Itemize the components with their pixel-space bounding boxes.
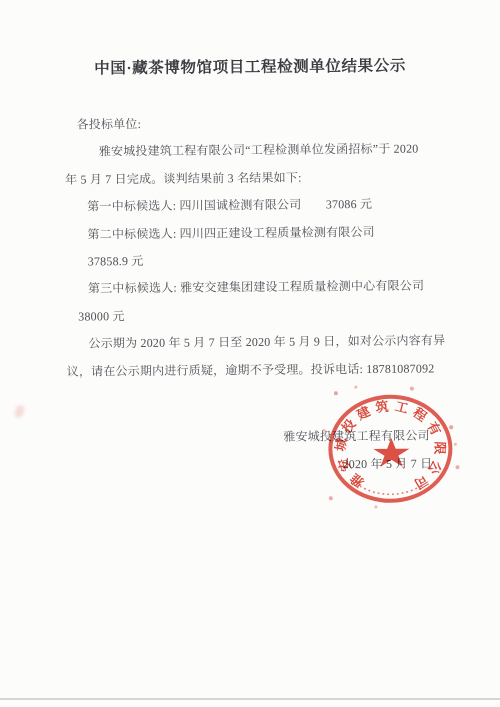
seal-star-icon [373,438,409,467]
candidate-3-amount: 38000 元 [66,300,446,331]
seal-ink-specks [0,2,2,4]
body-line-intro: 雅安城投建筑工程有限公司“工程检测单位发函招标”于 2020 [65,136,445,167]
notice-period-line: 公示期为 2020 年 5 月 7 日至 2020 年 5 月 9 日，如对公示… [66,327,446,358]
candidate-2-line: 第二中标候选人: 四川四正建设工程质量检测有限公司 [65,218,445,249]
document-page: 中国·藏茶博物馆项目工程检测单位结果公示 各投标单位: 雅安城投建筑工程有限公司… [0,0,500,707]
candidate-1-line: 第一中标候选人: 四川国诚检测有限公司 37086 元 [65,190,445,221]
scan-edge [0,698,500,700]
page-title: 中国·藏茶博物馆项目工程检测单位结果公示 [0,53,500,79]
body-text: 各投标单位: 雅安城投建筑工程有限公司“工程检测单位发函招标”于 2020 年 … [64,108,446,385]
salutation-line: 各投标单位: [64,108,444,139]
candidate-2-amount: 37858.9 元 [66,245,446,276]
candidate-3-line: 第三中标候选人: 雅安交建集团建设工程质量检测中心有限公司 [66,273,446,304]
document-content: 中国·藏茶博物馆项目工程检测单位结果公示 各投标单位: 雅安城投建筑工程有限公司… [0,0,500,707]
notice-period-line-2: 议，请在公示期内进行质疑，逾期不予受理。投诉电话: 18781087092 [67,355,447,386]
company-seal: 雅安城投建筑工程有限公司 [317,385,464,508]
body-line-intro-2: 年 5 月 7 日完成。谈判结果前 3 名结果如下: [65,163,445,194]
